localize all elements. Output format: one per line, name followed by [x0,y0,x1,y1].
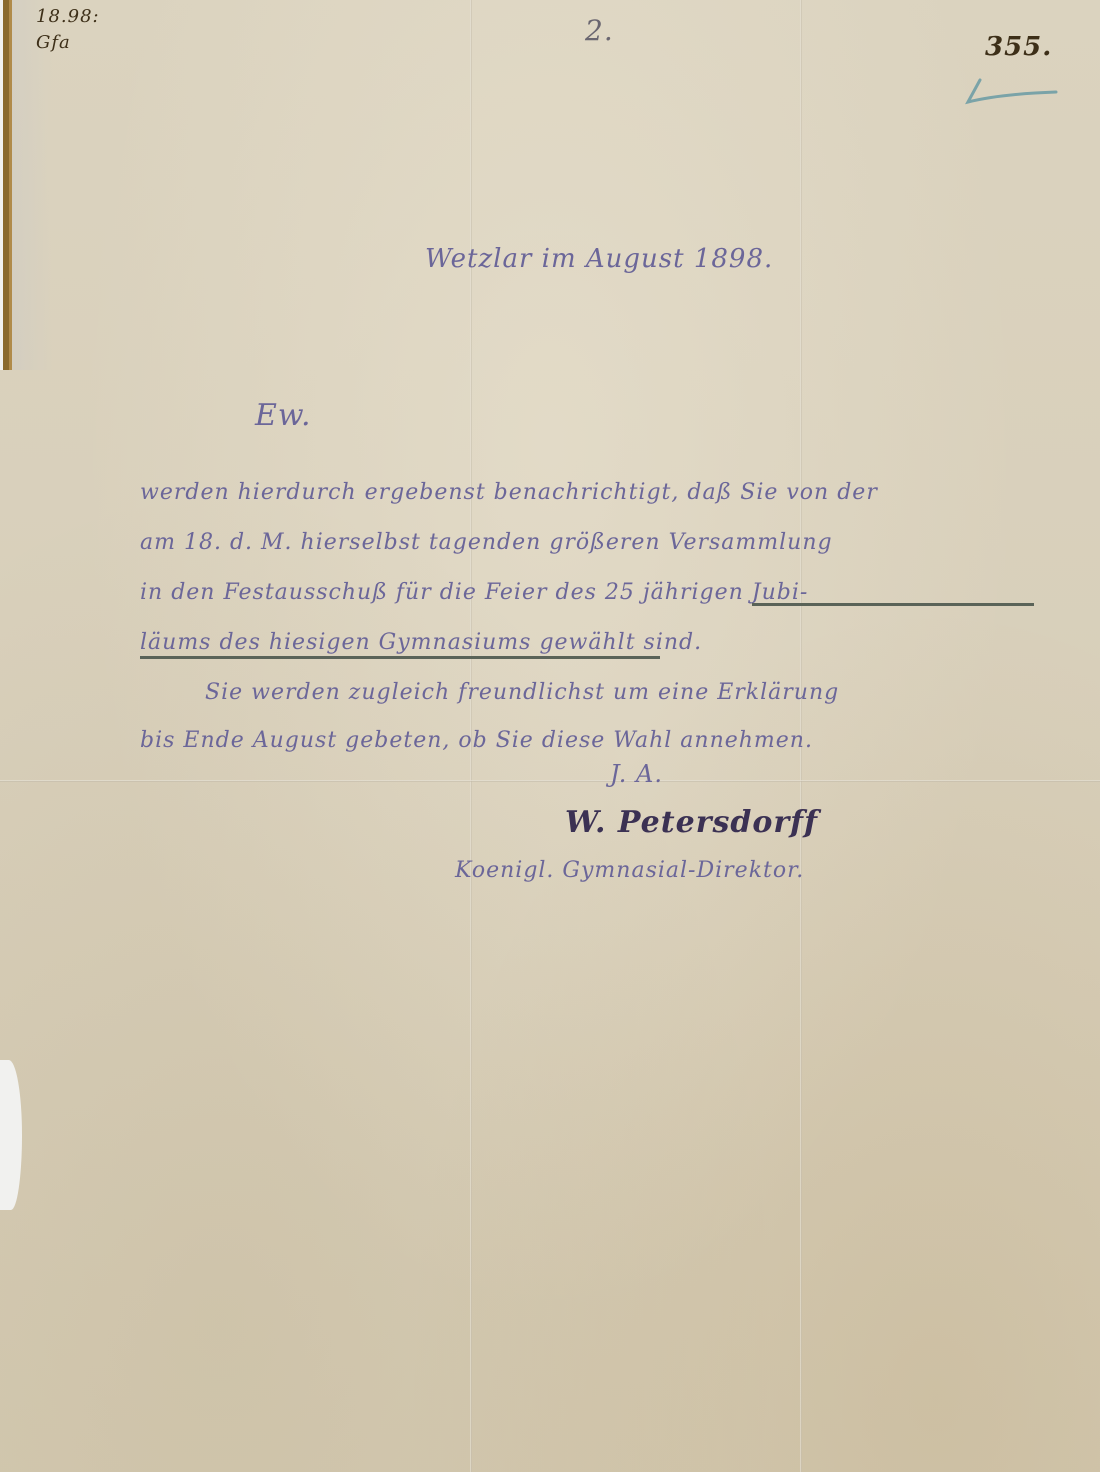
salutation: Ew. [255,398,312,433]
body-line: Sie werden zugleich freundlichst um eine… [205,680,839,705]
signature: W. Petersdorff [565,805,818,840]
closing-abbreviation: J. A. [610,760,663,788]
archival-mark-top-left: 18.98: Gfa [36,4,100,56]
archival-date: 18.98: [36,4,100,30]
horizontal-fold-line [0,780,1100,782]
page-number: 2. [585,14,614,47]
checkmark-icon [960,76,1060,106]
body-line: werden hierdurch ergebenst benachrichtig… [140,480,878,505]
underline [140,656,660,659]
archival-initials: Gfa [36,30,100,56]
body-line: bis Ende August gebeten, ob Sie diese Wa… [140,728,813,753]
underline [752,603,1034,606]
torn-edge [0,1060,22,1210]
body-line: in den Festausschuß für die Feier des 25… [140,580,808,605]
letter-page: 18.98: Gfa 2. 355. Wetzlar im August 189… [0,0,1100,1472]
body-line: läums des hiesigen Gymnasiums gewählt si… [140,630,702,655]
signer-title: Koenigl. Gymnasial-Direktor. [455,858,804,883]
place-and-date: Wetzlar im August 1898. [425,244,773,274]
body-line: am 18. d. M. hierselbst tagenden größere… [140,530,833,555]
archive-number: 355. [985,32,1052,62]
stained-left-edge [0,0,12,370]
